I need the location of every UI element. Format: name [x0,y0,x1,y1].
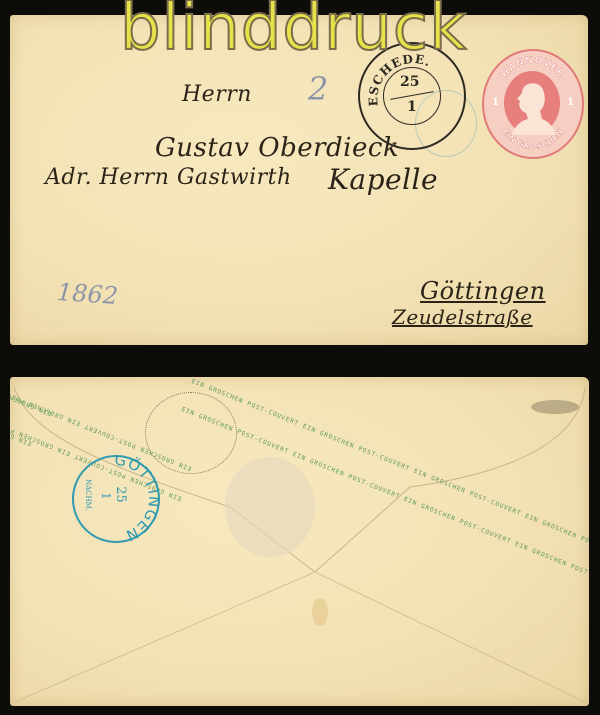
postmark-month: 1 [99,492,113,500]
portrait-icon [504,71,560,135]
stamp-value-left: 1 [492,97,499,108]
postmark-goettingen: GÖTTINGEN 25 1 NACHM. [72,455,160,543]
stamp-portrait-field [504,71,560,135]
stamp-hannover: HANNOVER EIN GROSCHEN 1 1 [482,49,584,159]
address-city: Göttingen [420,277,546,305]
postmark-day: 25 [113,486,128,503]
address-salutation: Herrn [182,82,252,107]
postmark-extra: NACHM. [84,479,92,511]
address-place: Kapelle [328,163,438,196]
pencil-year: 1862 [56,278,119,310]
faint-black-postmark [145,392,237,474]
stamp-value-right: 1 [567,97,574,108]
envelope-back: EIN GROSCHEN POST-COUVERT EIN GROSCHEN P… [10,377,589,706]
address-line-adr: Adr. Herrn Gastwirth [45,165,292,190]
address-street: Zeudelstraße [392,305,533,329]
watermark-text: blinddruck [120,0,467,60]
postmark-month: 1 [407,99,417,115]
postmark-day: 25 [400,74,419,90]
pencil-number: 2 [308,70,328,108]
